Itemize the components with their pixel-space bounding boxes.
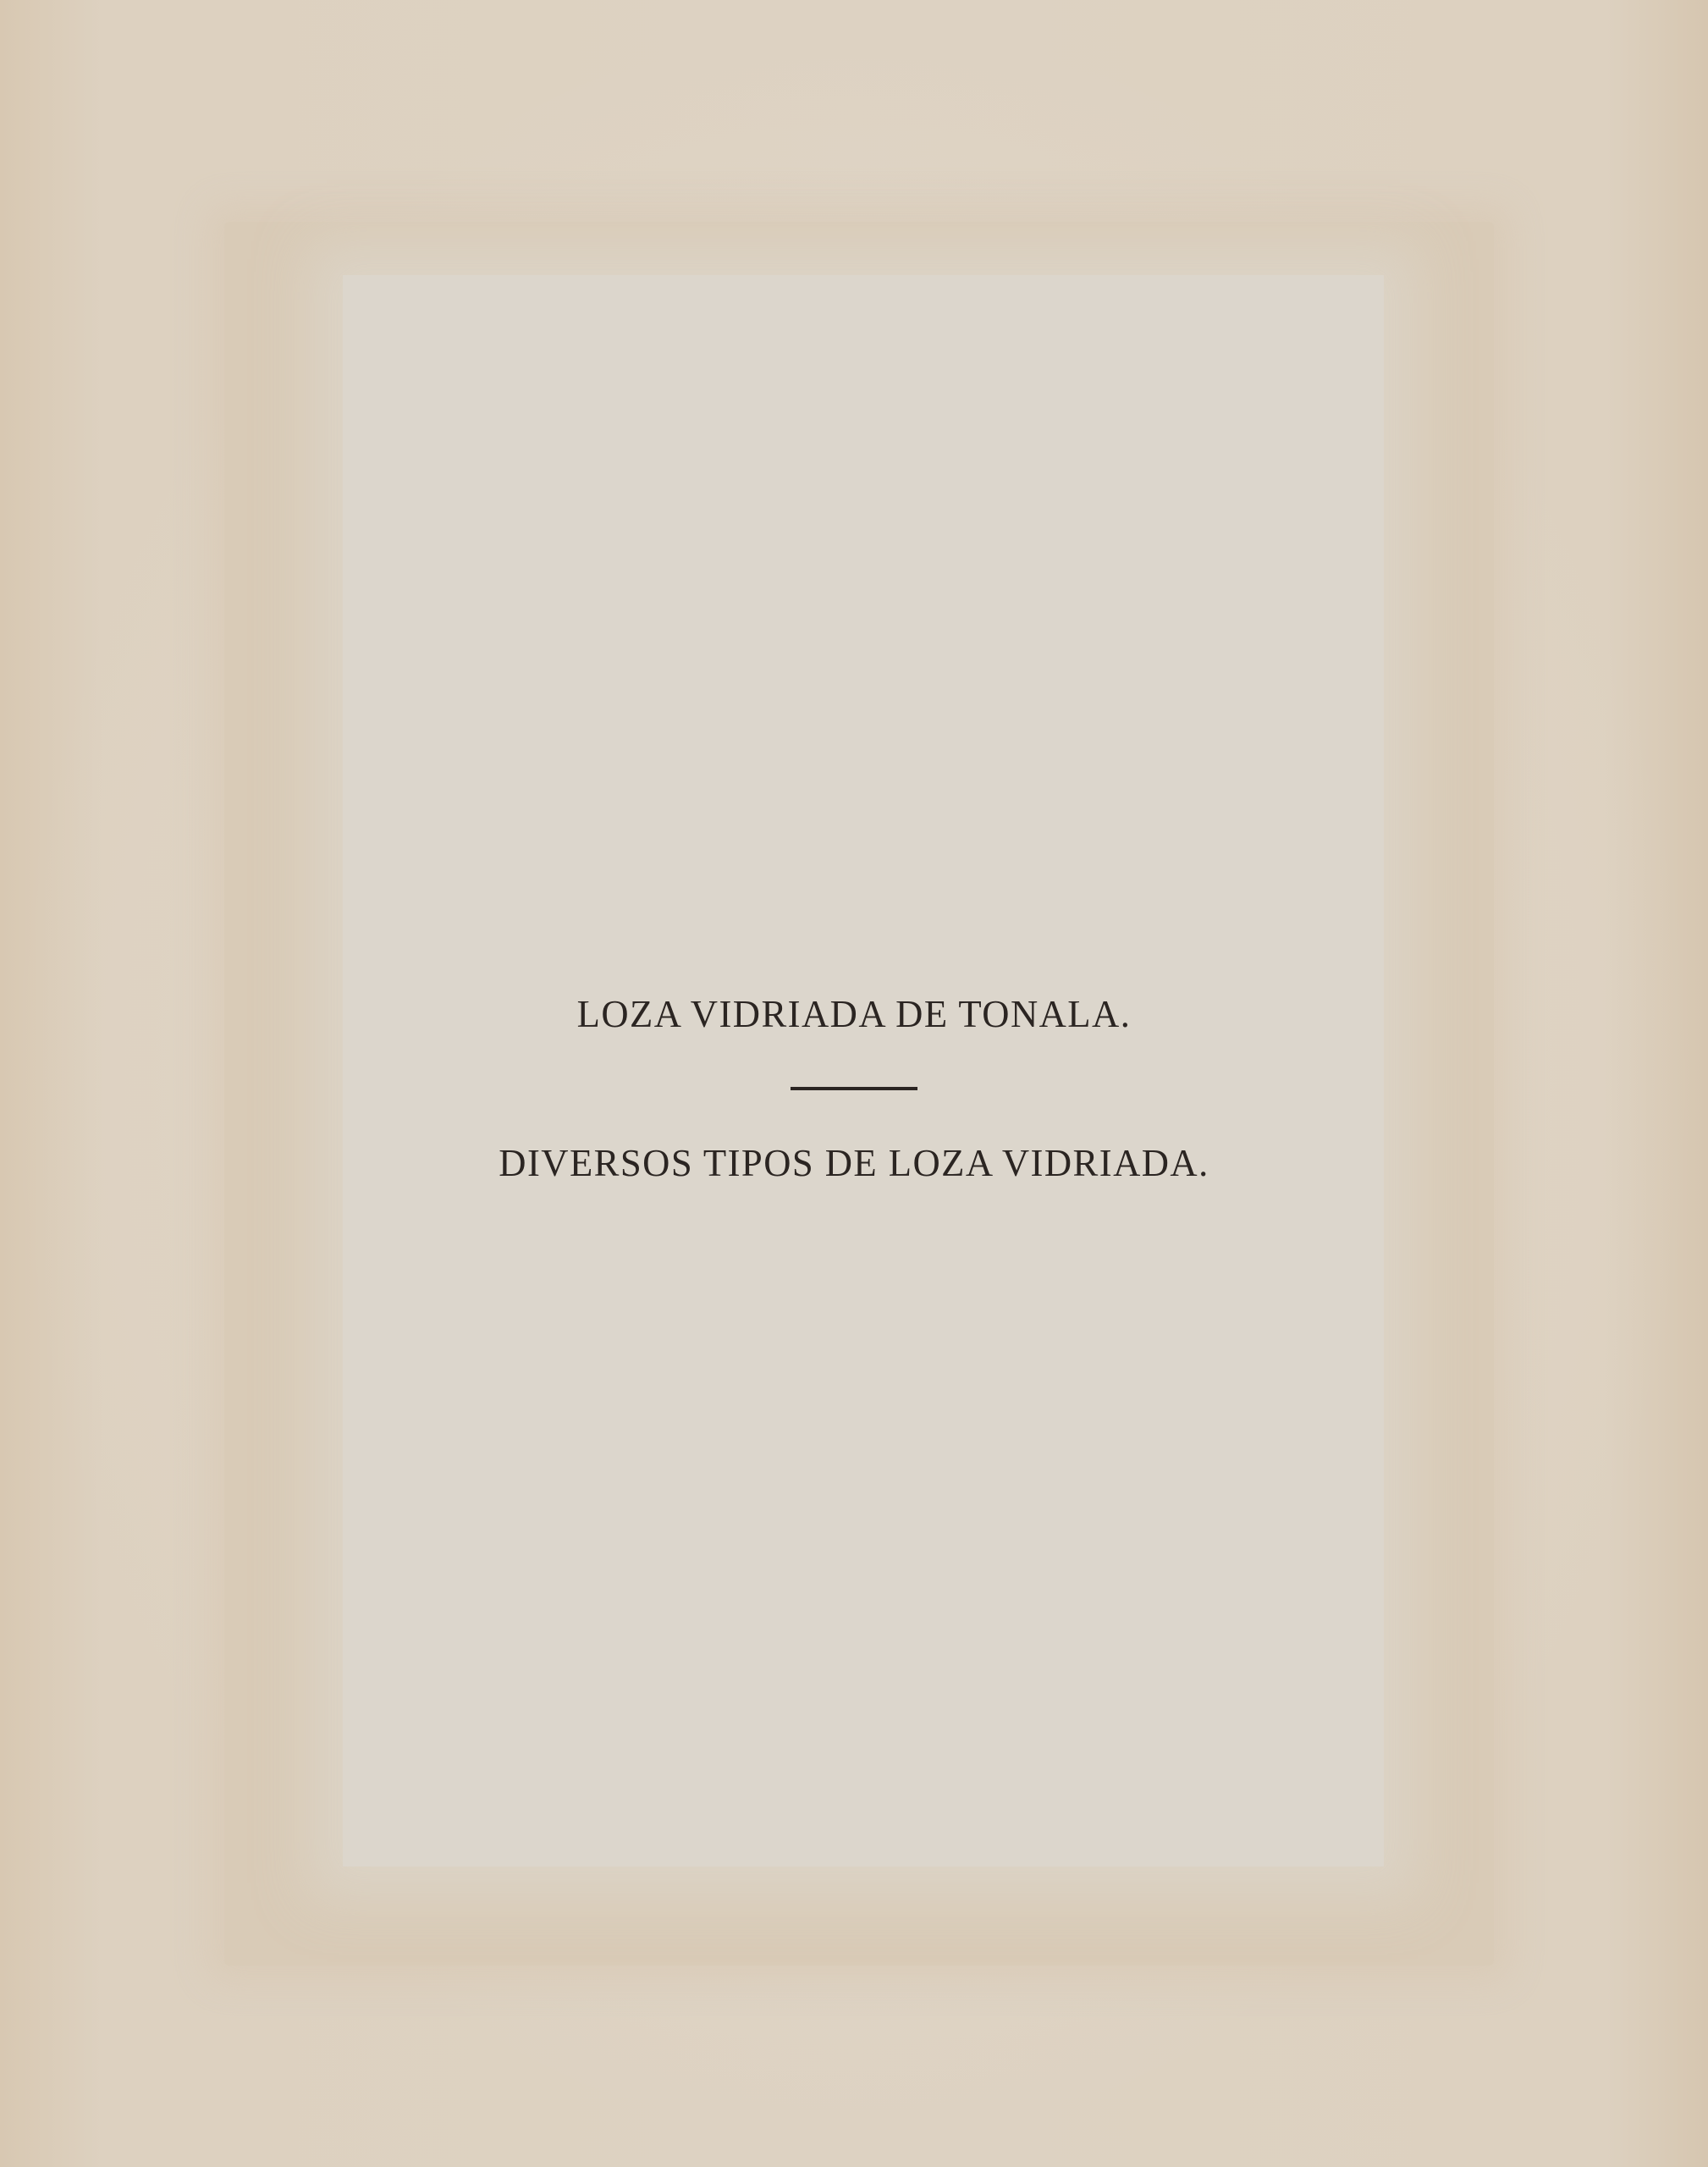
- plate-subtitle: DIVERSOS TIPOS DE LOZA VIDRIADA.: [25, 1139, 1682, 1187]
- divider-rule: [791, 1087, 917, 1090]
- plate-title: LOZA VIDRIADA DE TONALA.: [25, 990, 1682, 1038]
- title-block: LOZA VIDRIADA DE TONALA. DIVERSOS TIPOS …: [0, 990, 1708, 1187]
